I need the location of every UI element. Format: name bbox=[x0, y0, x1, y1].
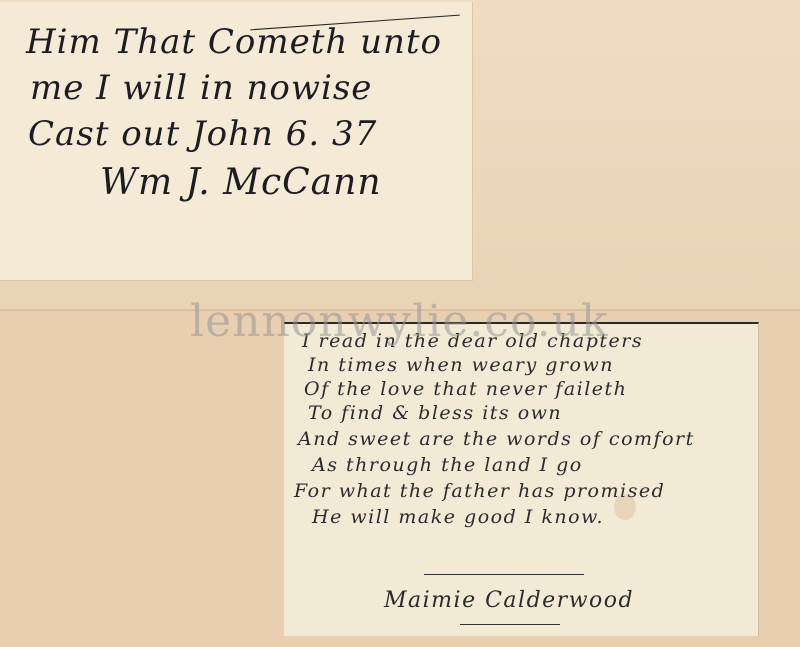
verse-line: For what the father has promised bbox=[294, 480, 665, 502]
verse-line: To find & bless its own bbox=[308, 402, 562, 424]
verse-line: In times when weary grown bbox=[308, 354, 614, 376]
verse-line: Him That Cometh unto bbox=[26, 22, 442, 62]
signature-rule bbox=[424, 574, 584, 575]
signature: Maimie Calderwood bbox=[384, 588, 634, 613]
verse-line: As through the land I go bbox=[312, 454, 583, 476]
signature: Wm J. McCann bbox=[100, 162, 382, 203]
verse-line: He will make good I know. bbox=[312, 506, 604, 528]
verse-line: Of the love that never faileth bbox=[304, 378, 627, 400]
autograph-card-calderwood: I read in the dear old chapters In times… bbox=[284, 322, 759, 636]
signature-underline bbox=[460, 624, 560, 625]
watermark: lennonwylie.co.uk bbox=[190, 296, 609, 347]
verse-line: me I will in nowise bbox=[30, 68, 372, 108]
verse-line: And sweet are the words of comfort bbox=[298, 428, 695, 450]
autograph-card-mccann: Him That Cometh unto me I will in nowise… bbox=[0, 2, 473, 281]
foxing-stain bbox=[614, 494, 636, 520]
verse-line: Cast out John 6. 37 bbox=[28, 114, 377, 154]
